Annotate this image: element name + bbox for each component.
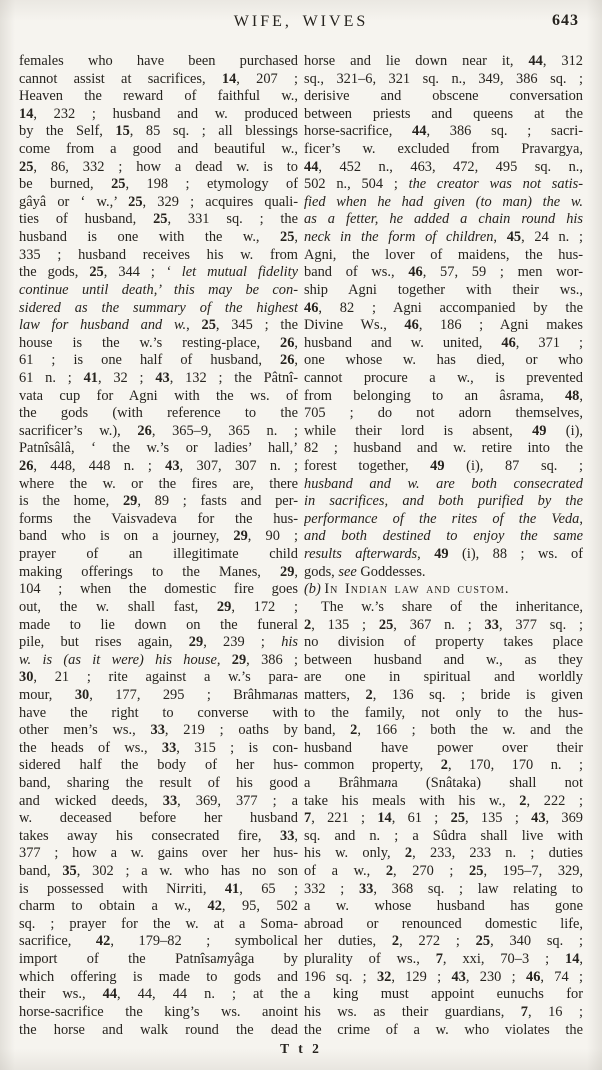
index-line: their ws., 44, 44, 44 n. ; at the xyxy=(19,986,298,1004)
index-line: band of ws., 46, 57, 59 ; men wor- xyxy=(304,264,583,282)
index-line: the heads of ws., 33, 315 ; is con- xyxy=(19,740,298,758)
index-line: matters, 2, 136 sq. ; bride is given xyxy=(304,687,583,705)
index-line: 335 ; husband receives his w. from xyxy=(19,247,298,265)
index-line: ficer’s w. excluded from Pravargya, xyxy=(304,141,583,159)
index-column-right: horse and lie down near it, 44, 312sq., … xyxy=(304,53,583,1039)
index-line: cannot procure a w., is prevented xyxy=(304,370,583,388)
index-line: take his meals with his w., 2, 222 ; xyxy=(304,793,583,811)
index-line: takes away his consecrated fire, 33, xyxy=(19,828,298,846)
index-line: results afterwards, 49 (i), 88 ; ws. of xyxy=(304,546,583,564)
index-line: between priests and queens at the xyxy=(304,106,583,124)
index-line: and both destined to enjoy the same xyxy=(304,528,583,546)
index-line: the gods (with reference to the xyxy=(19,405,298,423)
index-line: 502 n., 504 ; the creator was not satis- xyxy=(304,176,583,194)
index-line: vata cup for Agni with the ws. of xyxy=(19,388,298,406)
index-line: (b) In Indian law and custom. xyxy=(304,581,583,599)
index-columns: females who have been purchasedcannot as… xyxy=(19,53,583,1040)
index-line: law for husband and w., 25, 345 ; the xyxy=(19,317,298,335)
index-line: performance of the rites of the Veda, xyxy=(304,511,583,529)
index-line: import of the Patnîsamyâga by xyxy=(19,951,298,969)
index-line: gods, see Goddesses. xyxy=(304,564,583,582)
index-line: which offering is made to gods and xyxy=(19,969,298,987)
index-line: in sacrifices, and both purified by the xyxy=(304,493,583,511)
index-line: where the w. or the fires are, there xyxy=(19,476,298,494)
index-line: her duties, 2, 272 ; 25, 340 sq. ; xyxy=(304,933,583,951)
index-line: of a w., 2, 270 ; 25, 195–7, 329, xyxy=(304,863,583,881)
index-line: common property, 2, 170, 170 n. ; xyxy=(304,757,583,775)
index-line: making offerings to the Manes, 29, xyxy=(19,564,298,582)
index-line: 104 ; when the domestic fire goes xyxy=(19,581,298,599)
index-line: fied when he had given (to man) the w. xyxy=(304,194,583,212)
index-line: ties of husband, 25, 331 sq. ; the xyxy=(19,211,298,229)
index-line: Divine Ws., 46, 186 ; Agni makes xyxy=(304,317,583,335)
running-title: WIFE, WIVES xyxy=(0,13,602,31)
index-line: forest together, 49 (i), 87 sq. ; xyxy=(304,458,583,476)
index-line: gâyâ or ‘ w.,’ 25, 329 ; acquires quali- xyxy=(19,194,298,212)
index-line: mour, 30, 177, 295 ; Brâhmanas xyxy=(19,687,298,705)
index-line: 705 ; do not adorn themselves, xyxy=(304,405,583,423)
index-line: 44, 452 n., 463, 472, 495 sq. n., xyxy=(304,159,583,177)
index-line: 61 n. ; 41, 32 ; 43, 132 ; the Pâtnî- xyxy=(19,370,298,388)
index-line: continue until death,’ this may be con- xyxy=(19,282,298,300)
index-line: have the right to converse with xyxy=(19,705,298,723)
index-line: no division of property takes place xyxy=(304,634,583,652)
index-line: 332 ; 33, 368 sq. ; law relating to xyxy=(304,881,583,899)
index-line: the crime of a w. who violates the xyxy=(304,1022,583,1040)
index-line: are one in spiritual and worldly xyxy=(304,669,583,687)
index-line: w. deceased before her husband xyxy=(19,810,298,828)
index-line: pile, but rises again, 29, 239 ; his xyxy=(19,634,298,652)
index-line: w. is (as it were) his house, 29, 386 ; xyxy=(19,652,298,670)
index-line: husband is one with the w., 25, xyxy=(19,229,298,247)
index-line: horse and lie down near it, 44, 312 xyxy=(304,53,583,71)
index-line: Agni, the lover of maidens, the hus- xyxy=(304,247,583,265)
index-line: be burned, 25, 198 ; etymology of xyxy=(19,176,298,194)
index-line: 2, 135 ; 25, 367 n. ; 33, 377 sq. ; xyxy=(304,617,583,635)
index-line: to the family, not only to the hus- xyxy=(304,705,583,723)
index-line: band, sharing the result of his good xyxy=(19,775,298,793)
index-line: 14, 232 ; husband and w. produced xyxy=(19,106,298,124)
index-line: one whose w. has died, or who xyxy=(304,352,583,370)
signature-mark: T t 2 xyxy=(0,1041,602,1057)
index-line: 46, 82 ; Agni accompanied by the xyxy=(304,300,583,318)
index-line: 61 ; is one half of husband, 26, xyxy=(19,352,298,370)
index-line: between husband and w., as they xyxy=(304,652,583,670)
index-line: made to lie down on the funeral xyxy=(19,617,298,635)
index-line: house is the w.’s resting-place, 26, xyxy=(19,335,298,353)
index-line: as a fetter, he added a chain round his xyxy=(304,211,583,229)
index-line: a w. whose husband has gone xyxy=(304,898,583,916)
index-line: husband have power over their xyxy=(304,740,583,758)
index-line: forms the Vaisvadeva for the hus- xyxy=(19,511,298,529)
index-line: a Brâhmana (Snâtaka) shall not xyxy=(304,775,583,793)
index-line: by the Self, 15, 85 sq. ; all blessings xyxy=(19,123,298,141)
index-line: ship Agni together with their ws., xyxy=(304,282,583,300)
index-line: Heaven the reward of faithful w., xyxy=(19,88,298,106)
index-line: a king must appoint eunuchs for xyxy=(304,986,583,1004)
index-column-left: females who have been purchasedcannot as… xyxy=(19,53,298,1039)
index-line: 26, 448, 448 n. ; 43, 307, 307 n. ; xyxy=(19,458,298,476)
index-line: females who have been purchased xyxy=(19,53,298,71)
index-line: abroad or renounced domestic life, xyxy=(304,916,583,934)
index-line: Patnîsâlâ, ‘ the w.’s or ladies’ hall,’ xyxy=(19,440,298,458)
index-line: band, 2, 166 ; both the w. and the xyxy=(304,722,583,740)
index-line: 196 sq. ; 32, 129 ; 43, 230 ; 46, 74 ; xyxy=(304,969,583,987)
index-line: 30, 21 ; rite against a w.’s para- xyxy=(19,669,298,687)
index-line: horse-sacrifice the king’s ws. anoint xyxy=(19,1004,298,1022)
index-line: band, 35, 302 ; a w. who has no son xyxy=(19,863,298,881)
index-line: 82 ; husband and w. retire into the xyxy=(304,440,583,458)
index-line: derisive and obscene conversation xyxy=(304,88,583,106)
index-line: horse-sacrifice, 44, 386 sq. ; sacri- xyxy=(304,123,583,141)
index-line: the horse and walk round the dead xyxy=(19,1022,298,1040)
index-line: is possessed with Nirriti, 41, 65 ; xyxy=(19,881,298,899)
index-line: sidered half the body of her hus- xyxy=(19,757,298,775)
index-line: sq. ; prayer for the w. at a Soma- xyxy=(19,916,298,934)
page-number: 643 xyxy=(552,12,579,30)
index-line: other men’s ws., 33, 219 ; oaths by xyxy=(19,722,298,740)
index-line: and wicked deeds, 33, 369, 377 ; a xyxy=(19,793,298,811)
index-line: sq., 321–6, 321 sq. n., 349, 386 sq. ; xyxy=(304,71,583,89)
index-line: is the home, 29, 89 ; fasts and per- xyxy=(19,493,298,511)
index-line: neck in the form of children, 45, 24 n. … xyxy=(304,229,583,247)
index-line: sq. and n. ; a Sûdra shall live with xyxy=(304,828,583,846)
index-line: The w.’s share of the inheritance, xyxy=(304,599,583,617)
index-line: sacrifice, 42, 179–82 ; symbolical xyxy=(19,933,298,951)
index-line: the gods, 25, 344 ; ‘ let mutual fidelit… xyxy=(19,264,298,282)
index-line: sidered as the summary of the highest xyxy=(19,300,298,318)
scanned-book-page: WIFE, WIVES 643 females who have been pu… xyxy=(0,0,602,1070)
index-line: 25, 86, 332 ; how a dead w. is to xyxy=(19,159,298,177)
index-line: husband and w. are both consecrated xyxy=(304,476,583,494)
index-line: out, the w. shall fast, 29, 172 ; xyxy=(19,599,298,617)
index-line: prayer of an illegitimate child xyxy=(19,546,298,564)
index-line: plurality of ws., 7, xxi, 70–3 ; 14, xyxy=(304,951,583,969)
index-line: 7, 221 ; 14, 61 ; 25, 135 ; 43, 369 xyxy=(304,810,583,828)
index-line: come from a good and beautiful w., xyxy=(19,141,298,159)
index-line: cannot assist at sacrifices, 14, 207 ; xyxy=(19,71,298,89)
index-line: his ws. as their guardians, 7, 16 ; xyxy=(304,1004,583,1022)
index-line: husband and w. united, 46, 371 ; xyxy=(304,335,583,353)
index-line: while their lord is absent, 49 (i), xyxy=(304,423,583,441)
index-line: from belonging to an âsrama, 48, xyxy=(304,388,583,406)
index-line: 377 ; how a w. gains over her hus- xyxy=(19,845,298,863)
index-line: sacrificer’s w.), 26, 365–9, 365 n. ; xyxy=(19,423,298,441)
index-line: his w. only, 2, 233, 233 n. ; duties xyxy=(304,845,583,863)
index-line: charm to obtain a w., 42, 95, 502 xyxy=(19,898,298,916)
index-line: band who is on a journey, 29, 90 ; xyxy=(19,528,298,546)
